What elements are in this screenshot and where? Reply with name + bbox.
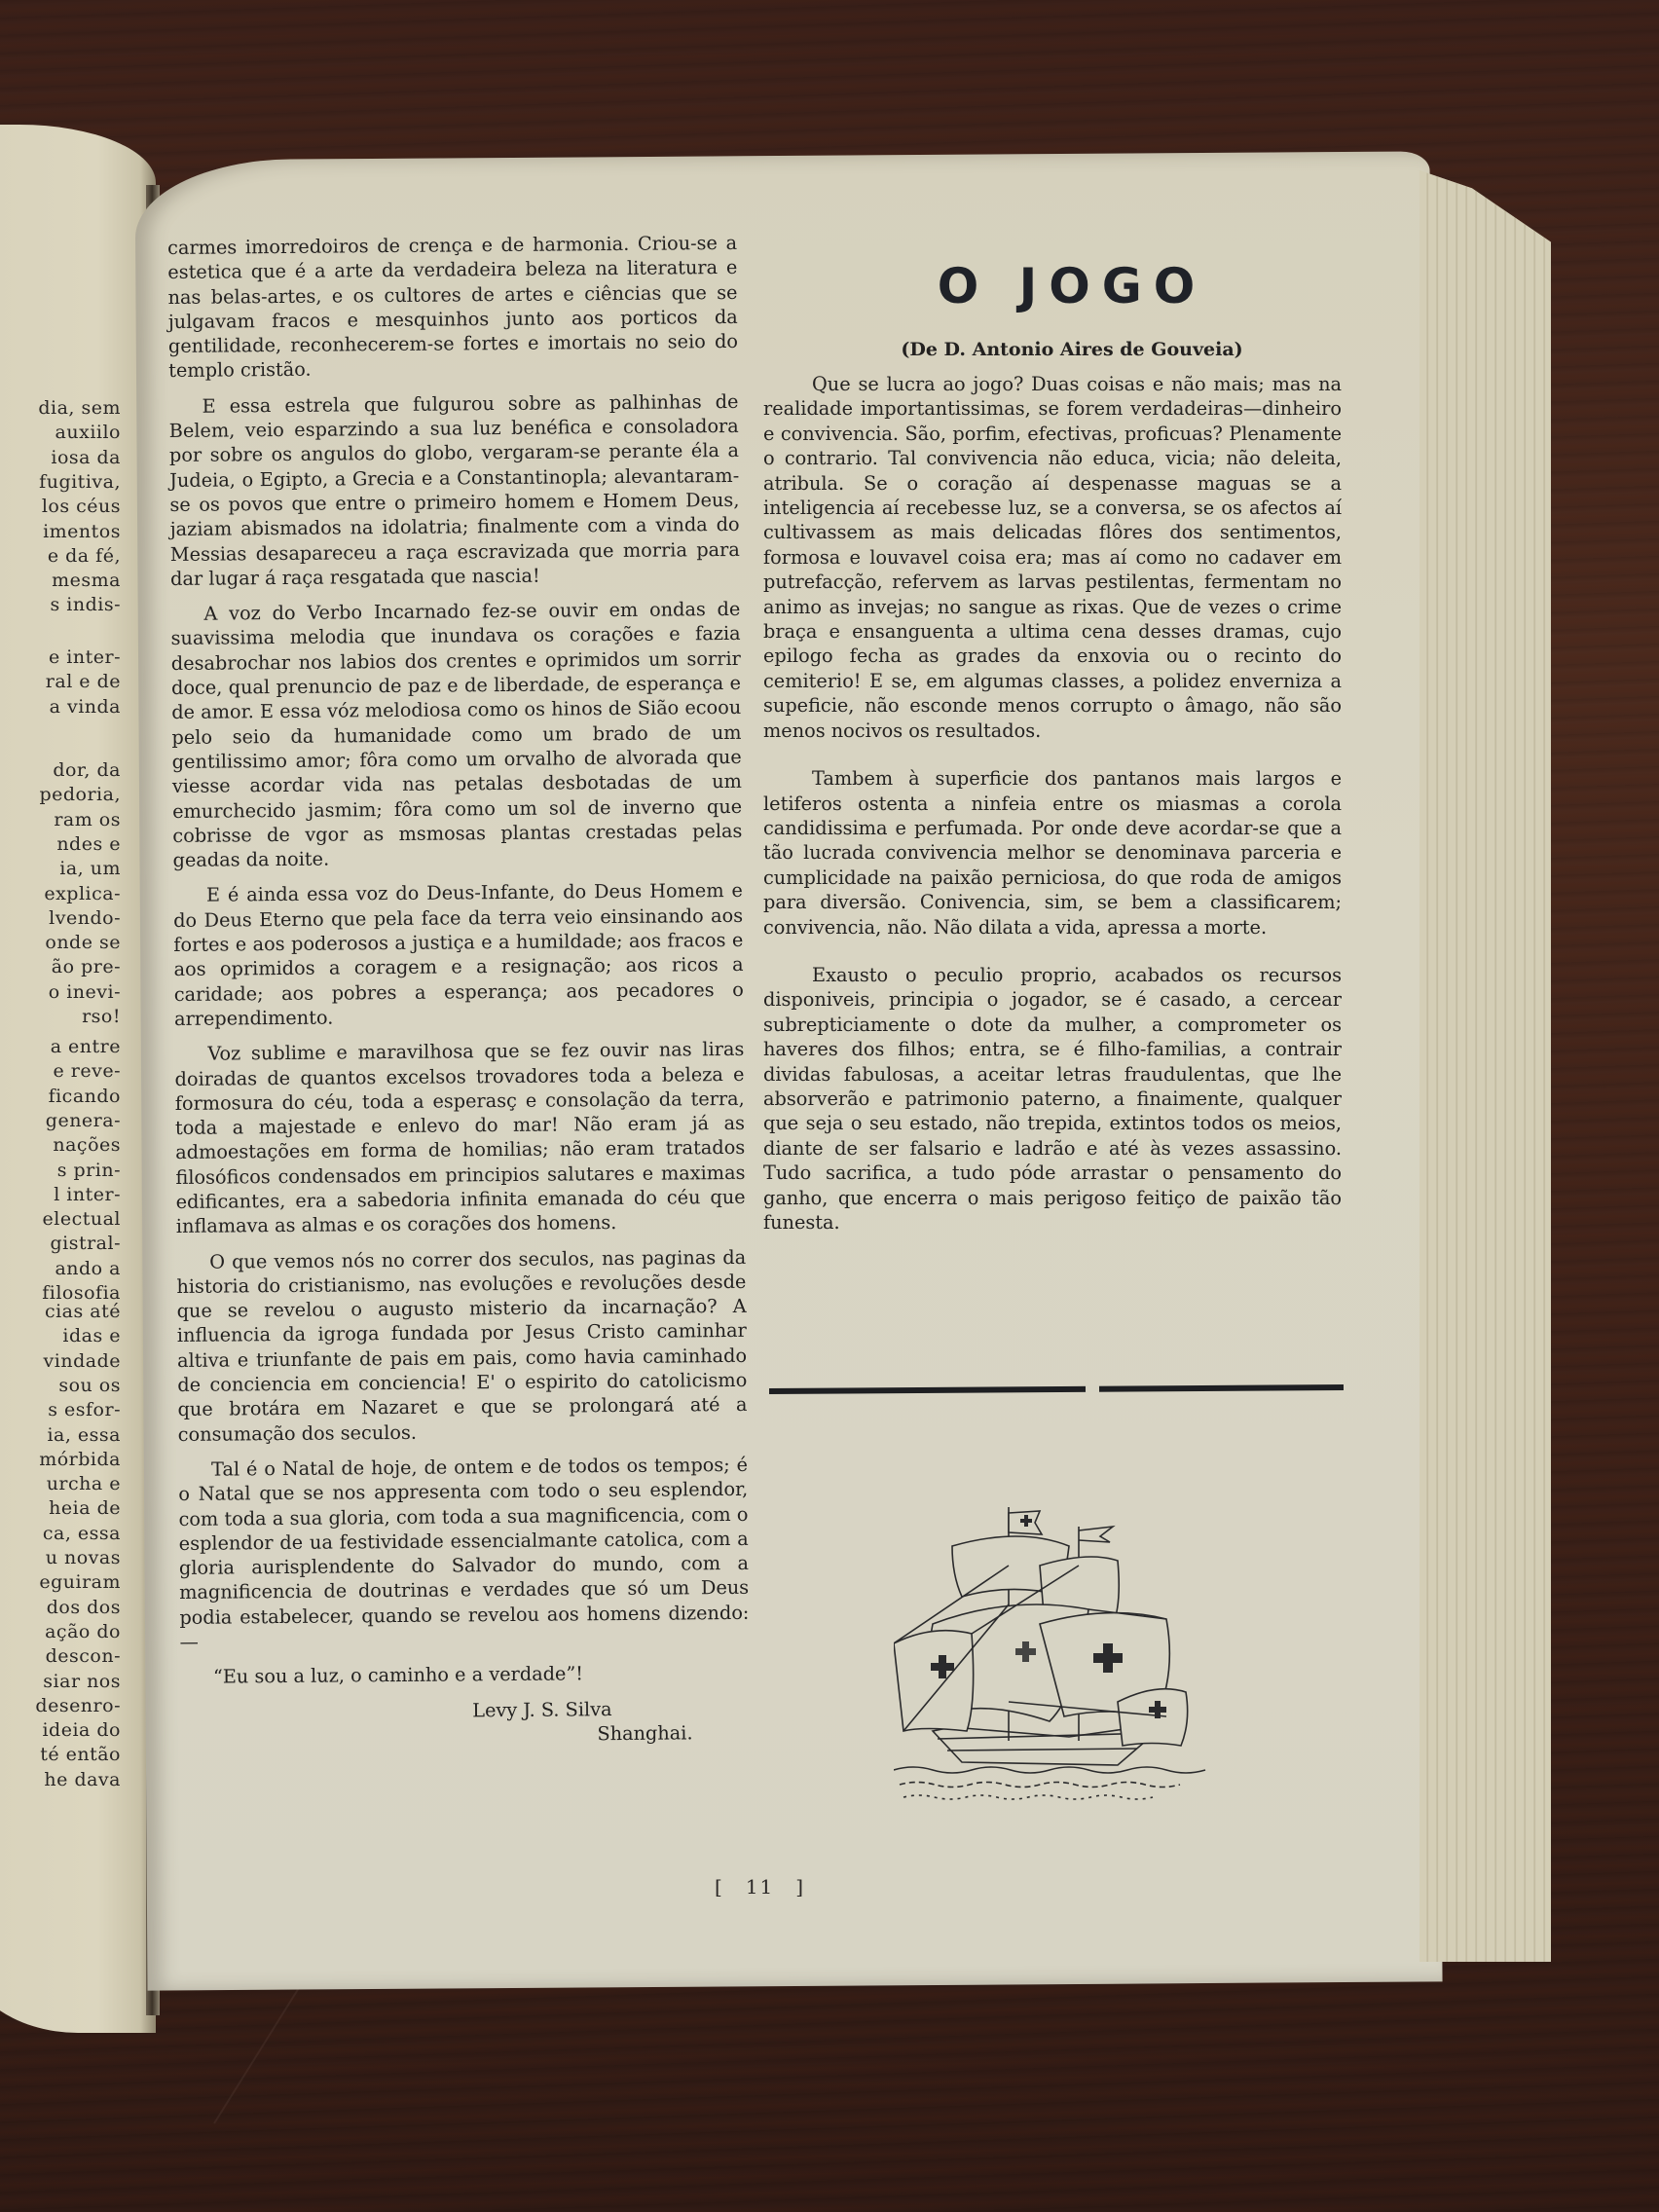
left-page-fragment-line: idas e — [62, 1325, 121, 1346]
left-page-fragment-line: onde se — [45, 932, 121, 953]
left-page-fragment-line: ficando — [49, 1086, 121, 1107]
article-title: O JOGO — [763, 255, 1342, 317]
left-page-fragment-line: pedoria, — [39, 784, 121, 805]
author-name: Levy J. S. Silva — [472, 1698, 612, 1721]
left-page-fragment-line: ão pre- — [52, 956, 121, 977]
left-page-fragment-line: descon- — [46, 1645, 121, 1667]
essay-paragraph: Voz sublime e maravilhosa que se fez ouv… — [174, 1037, 746, 1238]
left-page-fragment-line: iosa da — [51, 447, 121, 468]
essay-column: carmes imorredoiros de crença e de harmo… — [167, 231, 751, 1760]
left-page-fragment-line: gistral- — [50, 1233, 121, 1254]
left-page-fragment-line: desenro- — [35, 1695, 121, 1716]
left-page-fragment-line: ram os — [54, 809, 121, 830]
left-page-fragment-line: siar nos — [43, 1671, 121, 1692]
left-page-fragment-line: dos dos — [47, 1597, 121, 1618]
left-page-fragment-line: genera- — [46, 1110, 121, 1131]
left-page-fragment-line: e da fé, — [48, 545, 121, 567]
page-number-value: 11 — [746, 1875, 774, 1899]
left-page-fragment-line: sou os — [58, 1375, 121, 1396]
left-page-fragment-line: e reve- — [53, 1060, 121, 1082]
left-page-fragment-line: eguiram — [39, 1571, 121, 1593]
article-byline: (De D. Antonio Aires de Gouveia) — [763, 339, 1342, 360]
left-page-fragment-line: vindade — [44, 1350, 121, 1372]
essay-paragraph: A voz do Verbo Incarnado fez-se ouvir em… — [170, 597, 742, 872]
left-page-fragment-line: urcha e — [47, 1473, 121, 1494]
left-page-fragment-line: ndes e — [56, 833, 121, 855]
left-page-fragment-line: mesma — [52, 570, 121, 591]
signature: Levy J. S. Silva Shanghai. — [180, 1695, 750, 1750]
caravel-ship-icon — [894, 1507, 1215, 1809]
closing-quote: “Eu sou a luz, o caminho e a verdade”! — [180, 1660, 750, 1689]
left-page-fragment-line: he dava — [44, 1769, 121, 1790]
left-page: dia, semauxiiloiosa dafugitiva,los céusi… — [0, 125, 156, 2033]
bracket-open: [ — [715, 1875, 724, 1899]
left-page-fragment-line: s prin- — [57, 1160, 121, 1181]
left-page-fragment-line: electual — [43, 1208, 121, 1230]
left-page-fragment-line: ca, essa — [43, 1523, 121, 1544]
left-page-fragment-line: dia, sem — [38, 397, 121, 419]
left-page-fragment-line: cias até — [45, 1301, 121, 1322]
left-page-fragment-line: heia de — [49, 1497, 121, 1519]
left-page-fragment-line: e inter- — [49, 646, 121, 668]
left-page-fragment-line: u novas — [46, 1547, 121, 1568]
essay-paragraph: O que vemos nós no correr dos seculos, n… — [176, 1244, 748, 1446]
essay-paragraph: carmes imorredoiros de crença e de harmo… — [167, 231, 738, 384]
article-column: O JOGO (De D. Antonio Aires de Gouveia) … — [763, 255, 1342, 1258]
essay-paragraph: Tal é o Natal de hoje, de ontem e de tod… — [178, 1453, 750, 1654]
page-number: [11] — [715, 1875, 805, 1899]
left-page-fragment-line: mórbida — [39, 1449, 121, 1470]
left-page-fragment-line: ral e de — [46, 671, 121, 692]
left-page-fragment-line: explica- — [44, 883, 121, 904]
article-paragraph: Exausto o peculio proprio, acabados os r… — [763, 963, 1342, 1235]
left-page-fragment-line: s esfor- — [48, 1399, 121, 1420]
left-page-fragment-line: ação do — [45, 1621, 121, 1642]
left-page-fragment-line: imentos — [43, 521, 121, 542]
left-page-fragment-line: ando a — [55, 1258, 121, 1279]
left-page-fragment-line: fugitiva, — [39, 471, 121, 493]
essay-paragraph: E essa estrela que fulgurou sobre as pal… — [168, 389, 740, 591]
left-page-fragment-line: rso! — [82, 1006, 121, 1027]
left-page-fragment-line: té então — [40, 1744, 121, 1765]
left-page-fragment-line: ideia do — [42, 1719, 121, 1741]
left-page-fragment-line: nações — [53, 1134, 121, 1156]
left-page-fragment-line: a vinda — [50, 696, 121, 718]
left-page-fragment-line: l inter- — [54, 1184, 121, 1205]
article-paragraph: Tambem à superficie dos pantanos mais la… — [763, 766, 1342, 940]
article-paragraph: Que se lucra ao jogo? Duas coisas e não … — [763, 372, 1342, 743]
author-place: Shanghai. — [472, 1720, 750, 1748]
page-edges — [1419, 170, 1551, 1962]
essay-paragraph: E é ainda essa voz do Deus-Infante, do D… — [173, 878, 744, 1031]
left-page-fragment-line: los céus — [42, 496, 121, 517]
left-page-fragment-line: s indis- — [50, 594, 121, 615]
bracket-close: ] — [795, 1875, 805, 1899]
left-page-fragment-line: lvendo- — [49, 907, 121, 929]
left-page-fragment-line: a entre — [51, 1036, 121, 1057]
left-page-fragment-line: dor, da — [53, 759, 121, 781]
left-page-fragment-line: auxiilo — [55, 422, 121, 443]
left-page-fragment-line: ia, um — [59, 858, 121, 879]
left-page-fragment-line: o inevi- — [49, 981, 121, 1003]
left-page-fragment-line: ia, essa — [47, 1424, 121, 1446]
